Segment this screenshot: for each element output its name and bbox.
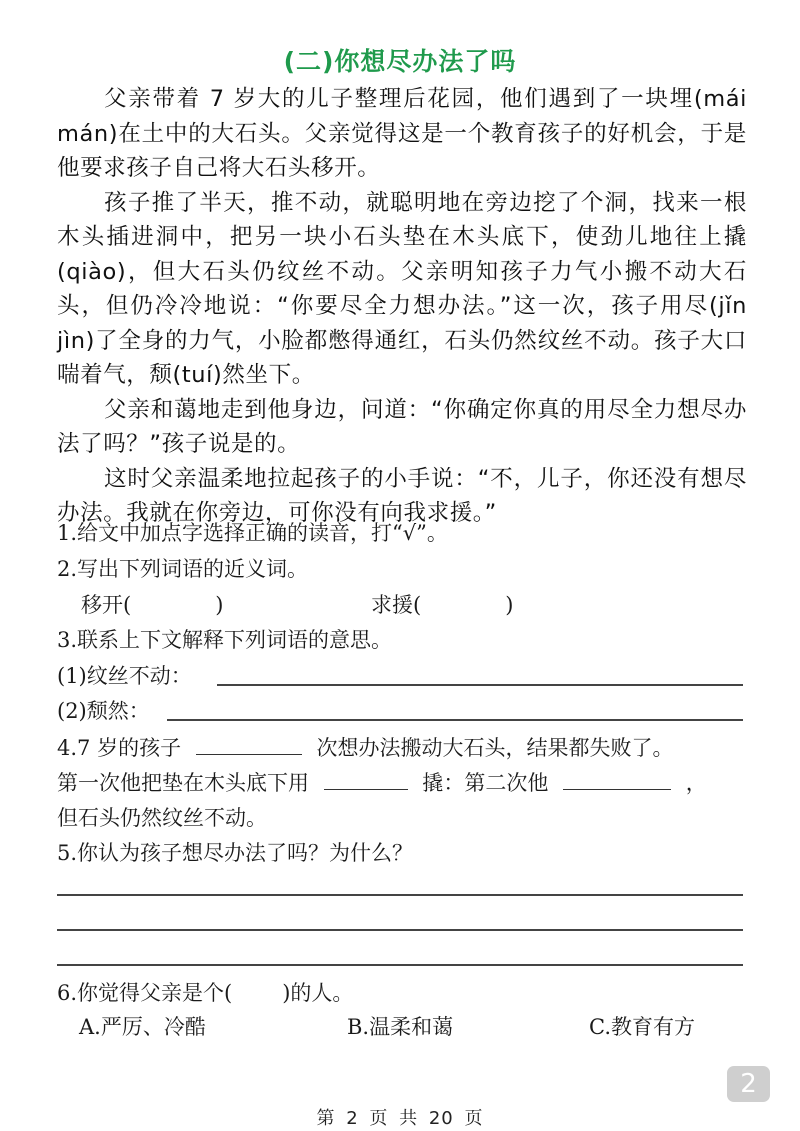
q4-text-3: 第一次他把垫在木头底下用 <box>57 771 309 795</box>
question-2-item-1: 移开() <box>81 590 223 620</box>
q4-text-5: ， <box>686 771 707 795</box>
q4-blank-first[interactable] <box>324 769 408 790</box>
question-3: 3.联系上下文解释下列词语的意思。 <box>57 625 392 655</box>
q4-text-2: 次想办法搬动大石头，结果都失败了。 <box>316 736 673 760</box>
question-3-item-2: (2)颓然： <box>57 696 150 726</box>
q4-blank-second[interactable] <box>563 769 671 790</box>
q6-option-b[interactable]: B.温柔和蔼 <box>347 1012 453 1042</box>
q4-text-4: 撬：第二次他 <box>422 771 548 795</box>
question-1: 1.给文中加点字选择正确的读音，打“√”。 <box>57 518 448 548</box>
page-number-badge: 2 <box>727 1066 770 1102</box>
q5-answer-line-3[interactable] <box>57 964 743 966</box>
q5-answer-line-2[interactable] <box>57 929 743 931</box>
question-4-line-1: 4.7 岁的孩子 次想办法搬动大石头，结果都失败了。 <box>57 733 673 763</box>
passage-paragraph-2: 孩子推了半天，推不动，就聪明地在旁边挖了个洞，找来一根木头插进洞中，把另一块小石… <box>57 186 747 393</box>
worksheet-page: (二)你想尽办法了吗 父亲带着 7 岁大的儿子整理后花园，他们遇到了一块埋(má… <box>0 0 800 1131</box>
question-4-line-2: 第一次他把垫在木头底下用 撬：第二次他 ， <box>57 768 707 798</box>
page-footer: 第 2 页 共 20 页 <box>0 1104 800 1130</box>
q6-suffix: )的人。 <box>282 981 353 1005</box>
q5-answer-line-1[interactable] <box>57 894 743 896</box>
passage-paragraph-1: 父亲带着 7 岁大的儿子整理后花园，他们遇到了一块埋(mái mán)在土中的大… <box>57 82 747 186</box>
q6-prefix: 6.你觉得父亲是个( <box>57 981 232 1005</box>
q4-blank-count[interactable] <box>196 734 302 755</box>
q2-close-paren-1: ) <box>215 593 223 617</box>
question-2: 2.写出下列词语的近义词。 <box>57 554 308 584</box>
q3-answer-line-2[interactable] <box>167 719 743 721</box>
question-3-item-1: (1)纹丝不动： <box>57 661 192 691</box>
question-4-line-3: 但石头仍然纹丝不动。 <box>57 803 267 833</box>
question-2-item-2: 求援() <box>371 590 513 620</box>
passage-paragraph-3: 父亲和蔼地走到他身边，问道：“你确定你真的用尽全力想尽办法了吗？”孩子说是的。 <box>57 393 747 462</box>
q2-word-yikai: 移开( <box>81 593 131 617</box>
q2-close-paren-2: ) <box>505 593 513 617</box>
q4-text-1: 4.7 岁的孩子 <box>57 736 181 760</box>
q6-option-c[interactable]: C.教育有方 <box>589 1012 695 1042</box>
q2-word-qiuyuan: 求援( <box>371 593 421 617</box>
reading-passage: 父亲带着 7 岁大的儿子整理后花园，他们遇到了一块埋(mái mán)在土中的大… <box>57 82 747 531</box>
reading-title: (二)你想尽办法了吗 <box>0 42 800 78</box>
question-5: 5.你认为孩子想尽办法了吗？为什么？ <box>57 838 413 868</box>
q6-option-a[interactable]: A.严厉、冷酷 <box>79 1012 206 1042</box>
question-6: 6.你觉得父亲是个()的人。 <box>57 978 353 1008</box>
q3-answer-line-1[interactable] <box>217 684 743 686</box>
